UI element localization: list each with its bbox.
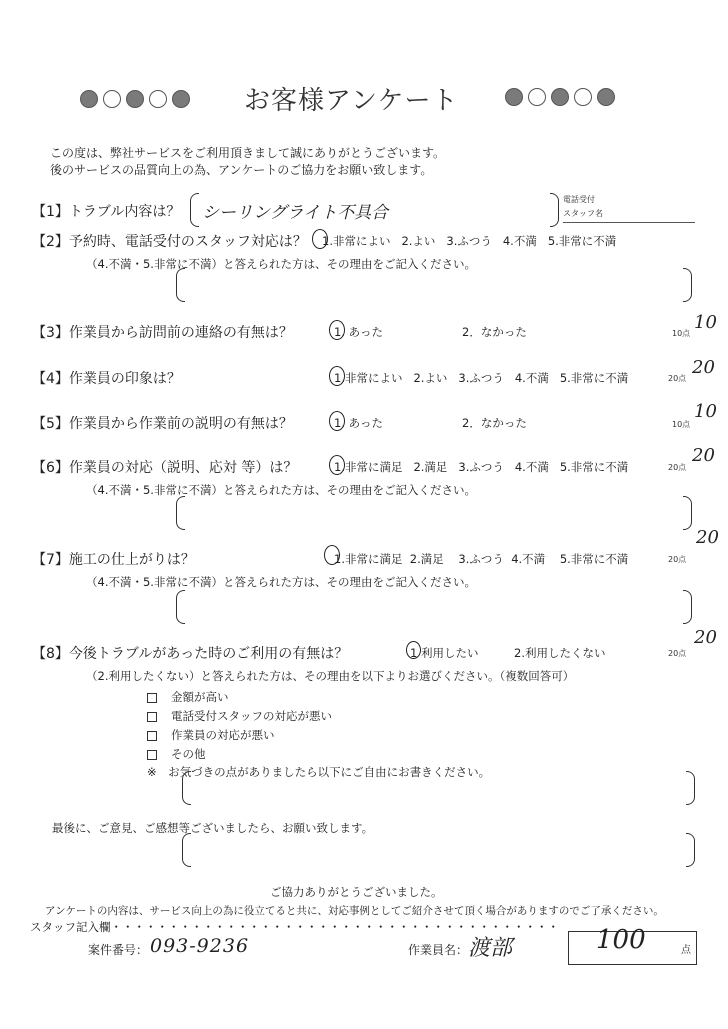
option-1[interactable]: 1.非常によい [334, 371, 402, 385]
checkbox-icon[interactable] [147, 712, 157, 722]
checkbox-icon[interactable] [147, 693, 157, 703]
checkbox-label: 金額が高い [171, 690, 229, 704]
reason-box-left [176, 268, 185, 302]
phone-staff-label: 電話受付 スタッフ名 [563, 193, 603, 221]
question-8-reason-note: （2.利用したくない）と答えられた方は、その理由を以下よりお選びください。（複数… [86, 668, 574, 684]
reason-note: （4.不満・5.非常に不満）と答えられた方は、その理由をご記入ください。 [86, 574, 476, 590]
question-4-options: 1.非常によい 2.よい 3.ふつう 4.不満 5.非常に不満 [334, 370, 628, 386]
question-3-option-2[interactable]: 2．なかった [462, 324, 527, 340]
answer-bracket-right [550, 193, 559, 227]
question-1-answer[interactable]: シーリングライト不具合 [202, 198, 388, 223]
question-8-option-1[interactable]: 1 利用したい [410, 645, 478, 661]
dot-icon [149, 90, 167, 108]
phone-staff-label-1: 電話受付 [563, 193, 603, 207]
worker-name-label: 作業員名： [408, 941, 468, 958]
phone-staff-label-2: スタッフ名 [563, 207, 603, 221]
score-handwritten: 10 [694, 401, 717, 422]
dot-icon [551, 88, 569, 106]
dot-icon [574, 88, 592, 106]
question-5-label: 【5】作業員から作業前の説明の有無は？ [32, 413, 293, 433]
reason-note: （4.不満・5.非常に不満）と答えられた方は、その理由をご記入ください。 [86, 482, 476, 498]
option-1[interactable]: 1.非常によい [322, 234, 390, 248]
score-handwritten: 10 [694, 312, 717, 333]
thanks-text: ご協力ありがとうございました。 [270, 884, 443, 900]
comments-field[interactable] [190, 835, 685, 863]
comments-box-right [686, 833, 695, 867]
reason-box-left [176, 496, 185, 530]
score-handwritten: 20 [692, 357, 715, 378]
page-title: お客様アンケート [244, 80, 458, 117]
dot-icon [597, 88, 615, 106]
points-label: 10点 [672, 419, 690, 430]
question-2-label: 【2】予約時、電話受付のスタッフ対応は？ [32, 231, 307, 251]
staff-name-line[interactable] [563, 222, 695, 223]
option-2[interactable]: 2.よい [401, 234, 435, 248]
points-label: 20点 [668, 554, 686, 565]
reason-box-left [176, 590, 185, 624]
score-handwritten: 20 [692, 445, 715, 466]
checkbox-label: その他 [171, 747, 206, 761]
question-5-option-2[interactable]: 2．なかった [462, 415, 527, 431]
option-5[interactable]: 5.非常に不満 [548, 234, 616, 248]
option-2[interactable]: 2.満足 [410, 552, 444, 566]
total-score: 100 [596, 925, 646, 955]
intro-line-2: 後のサービスの品質向上の為、アンケートのご協力をお願い致します。 [50, 162, 445, 179]
option-5[interactable]: 5.非常に不満 [560, 371, 628, 385]
checkbox-phone-staff[interactable]: 電話受付スタッフの対応が悪い [147, 708, 332, 724]
points-label: 20点 [668, 462, 686, 473]
points-label: 10点 [672, 328, 690, 339]
case-number-label: 案件番号： [88, 941, 148, 958]
case-number[interactable]: 093-9236 [150, 935, 249, 957]
score-handwritten: 20 [696, 527, 719, 548]
points-label: 20点 [668, 648, 686, 659]
reason-box-right [683, 496, 692, 530]
checkbox-other[interactable]: その他 [147, 746, 206, 762]
comment-box-right [686, 771, 695, 805]
dot-icon [172, 90, 190, 108]
option-2[interactable]: 2.よい [413, 371, 447, 385]
checkbox-icon[interactable] [147, 731, 157, 741]
question-7-label: 【7】施工の仕上がりは？ [32, 549, 195, 569]
checkbox-label: 電話受付スタッフの対応が悪い [171, 709, 332, 723]
question-6-options: 1.非常に満足 2.満足 3.ふつう 4.不満 5.非常に不満 [334, 459, 628, 475]
reason-box-right [683, 590, 692, 624]
points-label: 20点 [668, 373, 686, 384]
disclaimer-text: アンケートの内容は、サービス向上の為に役立てると共に、対応事例としてご紹介させて… [45, 903, 664, 918]
checkbox-icon[interactable] [147, 750, 157, 760]
question-7-options: 1.非常に満足 2.満足 3.ふつう 4.不満 5.非常に不満 [334, 551, 628, 567]
option-1[interactable]: 1.非常に満足 [334, 460, 402, 474]
dot-icon [80, 90, 98, 108]
free-comment-field[interactable] [190, 773, 685, 801]
question-6-label: 【6】作業員の対応（説明、応対 等）は？ [32, 457, 297, 477]
score-unit: 点 [681, 941, 691, 956]
option-3[interactable]: 3.ふつう [458, 552, 503, 566]
option-4[interactable]: 4.不満 [503, 234, 537, 248]
checkbox-worker[interactable]: 作業員の対応が悪い [147, 727, 275, 743]
checkbox-expensive[interactable]: 金額が高い [147, 689, 229, 705]
dot-icon [103, 90, 121, 108]
question-3-option-1[interactable]: 1. あった [334, 324, 383, 340]
question-8-label: 【8】今後トラブルがあった時のご利用の有無は？ [32, 643, 348, 663]
worker-name[interactable]: 渡部 [468, 931, 512, 962]
question-5-option-1[interactable]: 1. あった [334, 415, 383, 431]
intro-line-1: この度は、弊社サービスをご利用頂きまして誠にありがとうございます。 [50, 145, 445, 162]
option-5[interactable]: 5.非常に不満 [560, 552, 628, 566]
dot-icon [528, 88, 546, 106]
answer-bracket-left [190, 193, 199, 227]
score-handwritten: 20 [694, 627, 717, 648]
question-3-label: 【3】作業員から訪問前の連絡の有無は？ [32, 322, 293, 342]
checkbox-label: 作業員の対応が悪い [171, 728, 275, 742]
question-2-options: 1.非常によい 2.よい 3.ふつう 4.不満 5.非常に不満 [322, 233, 616, 249]
question-7-reason-field[interactable] [185, 592, 685, 620]
option-4[interactable]: 4.不満 [511, 552, 545, 566]
option-3[interactable]: 3.ふつう [446, 234, 491, 248]
option-3[interactable]: 3.ふつう [458, 371, 503, 385]
option-1[interactable]: 1.非常に満足 [334, 552, 402, 566]
decorative-dots-left [80, 90, 190, 108]
option-4[interactable]: 4.不満 [515, 371, 549, 385]
question-8-option-2[interactable]: 2.利用したくない [514, 645, 605, 661]
dot-icon [126, 90, 144, 108]
question-2-reason-field[interactable] [185, 270, 685, 298]
option-4[interactable]: 4.不満 [515, 460, 549, 474]
question-6-reason-field[interactable] [185, 498, 685, 526]
option-2[interactable]: 2.満足 [413, 460, 447, 474]
question-4-label: 【4】作業員の印象は？ [32, 368, 181, 388]
intro-text: この度は、弊社サービスをご利用頂きまして誠にありがとうございます。 後のサービス… [50, 145, 445, 179]
option-3[interactable]: 3.ふつう [458, 460, 503, 474]
question-1-label: 【1】トラブル内容は？ [32, 201, 180, 221]
decorative-dots-right [505, 88, 615, 106]
dot-icon [505, 88, 523, 106]
comments-prompt: 最後に、ご意見、ご感想等ございましたら、お願い致します。 [52, 820, 373, 836]
reason-box-right [683, 268, 692, 302]
option-5[interactable]: 5.非常に不満 [560, 460, 628, 474]
